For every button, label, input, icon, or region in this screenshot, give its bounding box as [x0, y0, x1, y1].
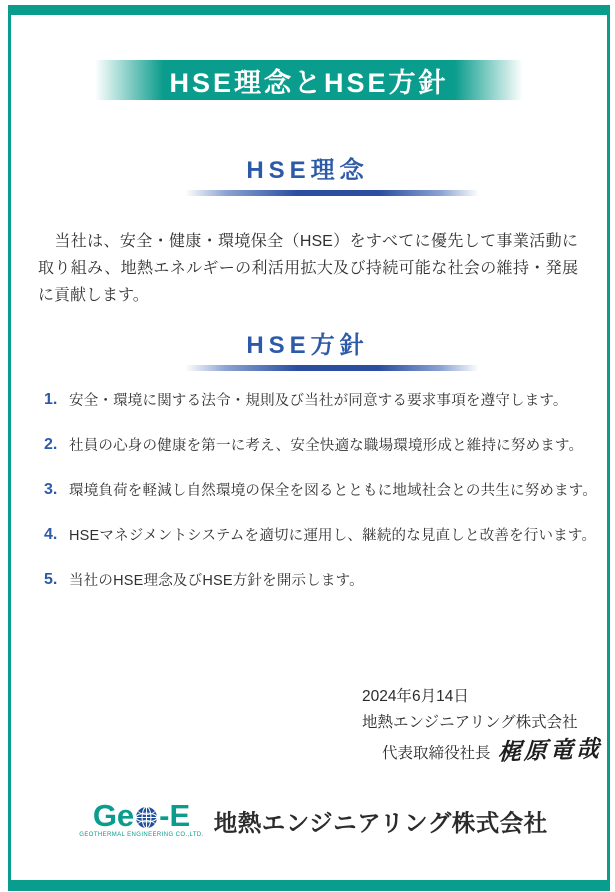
policy-item-number: 1.: [44, 389, 69, 410]
policy-item-text: 安全・環境に関する法令・規則及び当社が同意する要求事項を遵守します。: [69, 389, 568, 412]
policy-item-text: HSEマネジメントシステムを適切に運用し、継続的な見直しと改善を行います。: [69, 524, 596, 547]
policy-list-item: 2. 社員の心身の健康を第一に考え、安全快適な職場環境形成と維持に努めます。: [44, 434, 604, 457]
geo-e-logo-text: Ge -E: [79, 800, 203, 831]
policy-item-number: 3.: [44, 479, 69, 500]
philosophy-heading: HSE理念: [0, 150, 615, 185]
geo-e-logo: Ge -E GEOTHERMAL ENGINEERING CO.,LTD.: [79, 800, 203, 838]
logo-subtext: GEOTHERMAL ENGINEERING CO.,LTD.: [79, 832, 203, 838]
policy-section-heading: HSE方針: [0, 325, 615, 371]
president-signature: 梶原竜哉: [497, 736, 602, 766]
policy-item-number: 4.: [44, 524, 69, 545]
philosophy-heading-underline: [185, 190, 479, 196]
policy-list-item: 1. 安全・環境に関する法令・規則及び当社が同意する要求事項を遵守します。: [44, 389, 604, 412]
policy-item-text: 環境負荷を軽減し自然環境の保全を図るとともに地域社会との共生に努めます。: [69, 479, 597, 502]
policy-item-text: 当社のHSE理念及びHSE方針を開示します。: [69, 569, 364, 592]
policy-item-text: 社員の心身の健康を第一に考え、安全快適な職場環境形成と維持に努めます。: [69, 434, 583, 457]
logo-text-left: Ge: [93, 800, 134, 831]
document-page: HSE理念とHSE方針 HSE理念 当社は、安全・健康・環境保全（HSE）をすべ…: [0, 0, 615, 892]
policy-heading-underline: [185, 365, 479, 371]
policy-item-number: 2.: [44, 434, 69, 455]
signoff-date: 2024年6月14日: [362, 684, 602, 710]
philosophy-section-heading: HSE理念: [0, 150, 615, 196]
logo-text-right: -E: [159, 800, 190, 831]
policy-list-item: 3. 環境負荷を軽減し自然環境の保全を図るとともに地域社会との共生に努めます。: [44, 479, 604, 502]
signoff-company: 地熱エンジニアリング株式会社: [362, 710, 602, 736]
signoff-role: 代表取締役社長: [382, 741, 491, 767]
policy-heading: HSE方針: [0, 325, 615, 360]
policy-item-number: 5.: [44, 569, 69, 590]
signoff-role-row: 代表取締役社長 梶原竜哉: [382, 738, 602, 767]
page-title: HSE理念とHSE方針: [169, 61, 448, 100]
globe-icon: [135, 806, 158, 829]
footer-company-name: 地熱エンジニアリング株式会社: [214, 800, 548, 838]
title-banner: HSE理念とHSE方針: [95, 60, 523, 100]
policy-list-item: 5. 当社のHSE理念及びHSE方針を開示します。: [44, 569, 604, 592]
policy-list-item: 4. HSEマネジメントシステムを適切に運用し、継続的な見直しと改善を行います。: [44, 524, 604, 547]
footer-logo-row: Ge -E GEOTHERMAL ENGINEERING CO.,LTD. 地熱…: [6, 800, 615, 838]
philosophy-paragraph: 当社は、安全・健康・環境保全（HSE）をすべてに優先して事業活動に取り組み、地熱…: [38, 228, 578, 309]
signoff-block: 2024年6月14日 地熱エンジニアリング株式会社 代表取締役社長 梶原竜哉: [362, 684, 602, 767]
policy-list: 1. 安全・環境に関する法令・規則及び当社が同意する要求事項を遵守します。 2.…: [44, 389, 604, 614]
